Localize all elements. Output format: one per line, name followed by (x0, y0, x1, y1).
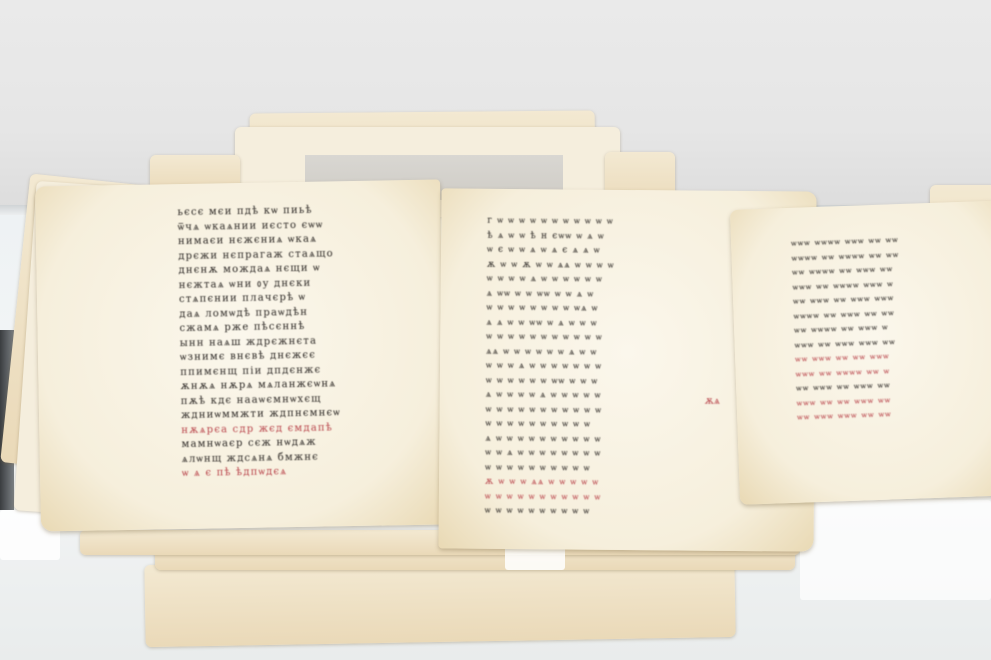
manuscript-right-text: г ѡ ѡ ѡ ѡ ѡ ѡ ѡ ѡ ѡ ѡ ѡ ѣ ѧ ѡ ѡ ѣ н єѡѡ … (485, 214, 703, 526)
margin-note: ѫѧ (705, 396, 720, 407)
manuscript-left-text: ьєсє мєи пдѣ кѡ пиьѣ ѿчѧ ѡкаѧнии иєсто є… (177, 202, 422, 496)
tissue-paper (800, 500, 991, 600)
manuscript-far-right-page: ѡѡѡ ѡѡѡѡ ѡѡѡ ѡѡ ѡѡ ѡѡѡѡ ѡѡ ѡѡѡѡ ѡѡ ѡѡ ѡѡ… (730, 200, 991, 505)
manuscript-far-right-text: ѡѡѡ ѡѡѡѡ ѡѡѡ ѡѡ ѡѡ ѡѡѡѡ ѡѡ ѡѡѡѡ ѡѡ ѡѡ ѡѡ… (791, 230, 991, 438)
manuscript-left-page: ьєсє мєи пдѣ кѡ пиьѣ ѿчѧ ѡкаѧнии иєсто є… (35, 179, 446, 531)
